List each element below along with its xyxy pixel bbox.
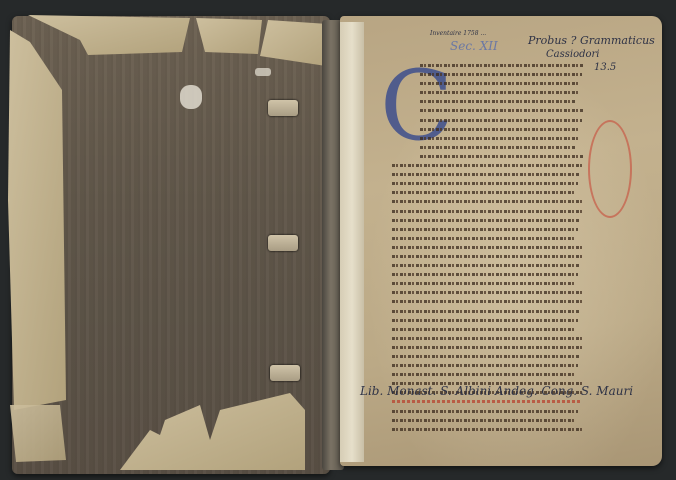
- clasp-tab-top: [268, 100, 298, 116]
- text-line: [420, 100, 576, 103]
- annotation-ownership: Lib. Monast. S. Albini Andeg. Cong. S. M…: [360, 384, 633, 398]
- text-line: [392, 419, 576, 422]
- text-line: [420, 91, 578, 94]
- text-line: [420, 73, 582, 76]
- annotation-shelfmark: 13.5: [594, 62, 616, 73]
- manuscript-text-block: [392, 64, 584, 386]
- text-line: [392, 228, 578, 231]
- text-line: [392, 346, 582, 349]
- text-line: [420, 82, 580, 85]
- text-line: [392, 300, 582, 303]
- text-line: [392, 282, 576, 285]
- text-line: [420, 119, 582, 122]
- text-line: [420, 109, 584, 112]
- text-line: [392, 400, 580, 403]
- text-line: [392, 210, 582, 213]
- text-line: [392, 355, 580, 358]
- text-line: [392, 364, 578, 367]
- text-line: [392, 273, 578, 276]
- text-line: [392, 182, 578, 185]
- text-line: [392, 319, 578, 322]
- text-line: [392, 373, 576, 376]
- text-line: [392, 219, 580, 222]
- text-line: [420, 64, 584, 67]
- text-line: [392, 328, 576, 331]
- annotation-title-line2: Cassiodori: [546, 49, 600, 60]
- text-line: [420, 128, 580, 131]
- annotation-century: Sec. XII: [450, 39, 498, 53]
- clasp-tab-bottom: [270, 365, 300, 381]
- text-line: [420, 155, 584, 158]
- text-line: [392, 410, 578, 413]
- annotation-title-line1: Probus ? Grammaticus: [528, 34, 655, 47]
- clasp-tab-middle: [268, 235, 298, 251]
- text-line: [392, 264, 580, 267]
- text-line: [392, 428, 584, 431]
- text-line: [392, 164, 582, 167]
- text-line: [392, 246, 584, 249]
- text-line: [392, 191, 576, 194]
- library-stamp: [588, 120, 632, 218]
- text-line: [392, 237, 576, 240]
- text-line: [420, 137, 578, 140]
- text-line: [392, 173, 580, 176]
- text-line: [420, 146, 576, 149]
- annotation-top-small: Inventaire 1758 ...: [430, 30, 486, 37]
- text-line: [392, 337, 584, 340]
- text-line: [392, 291, 584, 294]
- text-line: [392, 310, 580, 313]
- text-line: [392, 200, 584, 203]
- text-line: [392, 255, 582, 258]
